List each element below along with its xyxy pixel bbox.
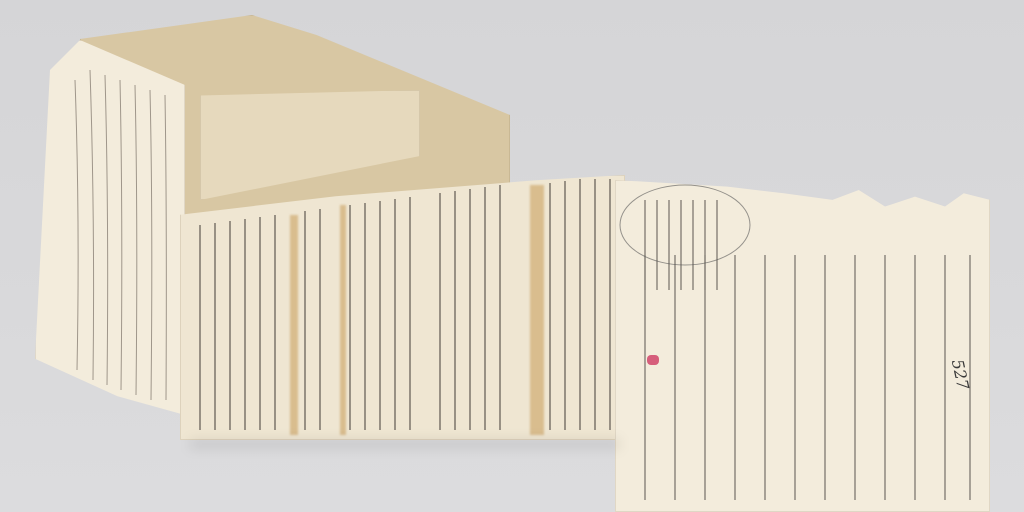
right-sheet: 527 bbox=[615, 180, 990, 512]
manuscript-photo: 527 bbox=[0, 0, 1024, 512]
red-ink-mark bbox=[647, 355, 659, 365]
stain bbox=[290, 215, 298, 435]
stain bbox=[340, 205, 346, 435]
center-strip-sheet bbox=[180, 175, 625, 440]
stain bbox=[530, 185, 544, 435]
handwriting-strokes bbox=[615, 180, 990, 512]
left-panel-sheet bbox=[35, 40, 185, 415]
handwriting-strokes bbox=[35, 40, 185, 415]
paper-shadow bbox=[190, 440, 620, 448]
handwriting-strokes bbox=[180, 175, 625, 440]
